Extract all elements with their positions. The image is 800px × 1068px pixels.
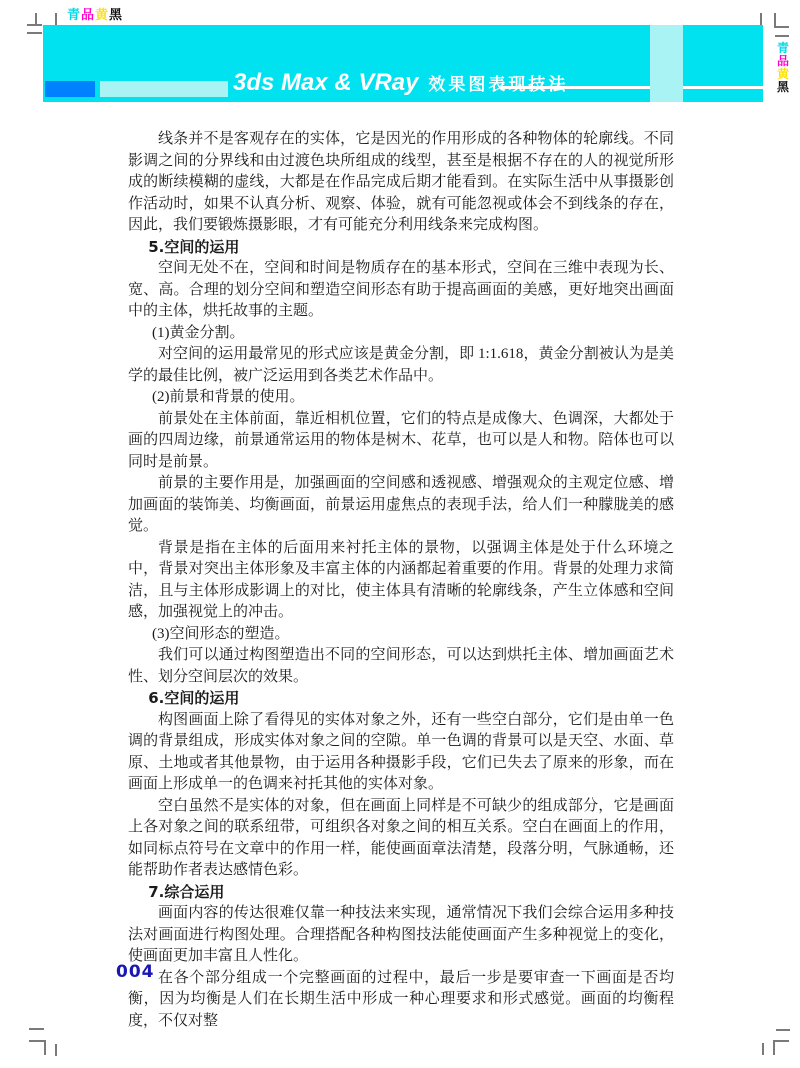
crop-mark — [773, 1040, 775, 1055]
reg-char-black: 黑 — [109, 8, 123, 23]
crop-mark — [762, 1043, 764, 1055]
crop-mark — [776, 1029, 790, 1031]
crop-mark — [27, 32, 42, 34]
crop-mark — [27, 24, 42, 26]
section-heading-5: 5.空间的运用 — [128, 237, 674, 259]
crop-mark — [773, 1040, 789, 1042]
reg-char-magenta: 品 — [81, 8, 95, 23]
header-blue-block — [45, 81, 95, 97]
book-title-en: 3ds Max & VRay — [233, 69, 418, 97]
crop-mark — [55, 13, 57, 25]
book-page: 青品黄黑 青 品 黄 黑 3ds Max & VRay 效果图表现技法 线条并不… — [0, 0, 800, 1068]
reg-char-cyan: 青 — [67, 8, 81, 23]
body-paragraph: 线条并不是客观存在的实体，它是因光的作用形成的各种物体的轮廓线。不同影调之间的分… — [128, 129, 674, 237]
crop-mark — [44, 1040, 46, 1055]
body-paragraph: 我们可以通过构图塑造出不同的空间形态，可以达到烘托主体、增加画面艺术性、划分空间… — [128, 645, 674, 688]
book-title-cn: 效果图表现技法 — [428, 70, 568, 95]
body-paragraph: 在各个部分组成一个完整画面的过程中，最后一步是要审查一下画面是否均衡，因为均衡是… — [128, 968, 674, 1033]
body-paragraph: 画面内容的传达很难仅靠一种技法来实现，通常情况下我们会综合运用多种技法对画面进行… — [128, 903, 674, 968]
page-number: 004 — [116, 962, 155, 982]
list-item-3: (3)空间形态的塑造。 — [128, 624, 674, 646]
list-item-1: (1)黄金分割。 — [128, 323, 674, 345]
header-light-block — [100, 81, 228, 97]
body-paragraph: 前景处在主体前面，靠近相机位置，它们的特点是成像大、色调深，大都处于画的四周边缘… — [128, 409, 674, 474]
crop-mark — [55, 1044, 57, 1056]
body-paragraph: 背景是指在主体的后面用来衬托主体的景物，以强调主体是处于什么环境之中，背景对突出… — [128, 538, 674, 624]
body-paragraph: 空白虽然不是实体的对象，但在画面上同样是不可缺少的组成部分，它是画面上各对象之间… — [128, 796, 674, 882]
color-registration-text-top: 青品黄黑 — [67, 8, 123, 23]
header-light-stripe — [650, 25, 683, 102]
body-paragraph: 空间无处不在，空间和时间是物质存在的基本形式，空间在三维中表现为长、宽、高。合理… — [128, 258, 674, 323]
crop-mark — [775, 35, 789, 37]
body-paragraph: 构图画面上除了看得见的实体对象之外，还有一些空白部分，它们是由单一色调的背景组成… — [128, 710, 674, 796]
running-head: 3ds Max & VRay 效果图表现技法 — [233, 69, 568, 97]
section-heading-6: 6.空间的运用 — [128, 688, 674, 710]
list-item-2: (2)前景和背景的使用。 — [128, 387, 674, 409]
body-paragraph: 前景的主要作用是，加强画面的空间感和透视感、增强观众的主观定位感、增加画面的装饰… — [128, 473, 674, 538]
body-paragraph: 对空间的运用最常见的形式应该是黄金分割，即 1:1.618，黄金分割被认为是美学… — [128, 344, 674, 387]
crop-mark — [774, 26, 789, 28]
section-heading-7: 7.综合运用 — [128, 882, 674, 904]
color-registration-text-right: 青 品 黄 黑 — [775, 42, 791, 94]
crop-mark — [760, 13, 762, 25]
page-body-text: 线条并不是客观存在的实体，它是因光的作用形成的各种物体的轮廓线。不同影调之间的分… — [128, 129, 674, 1032]
page-header-band: 3ds Max & VRay 效果图表现技法 — [43, 25, 763, 102]
reg-char-yellow: 黄 — [95, 8, 109, 23]
crop-mark — [29, 1028, 44, 1030]
reg-char-black: 黑 — [775, 81, 791, 94]
